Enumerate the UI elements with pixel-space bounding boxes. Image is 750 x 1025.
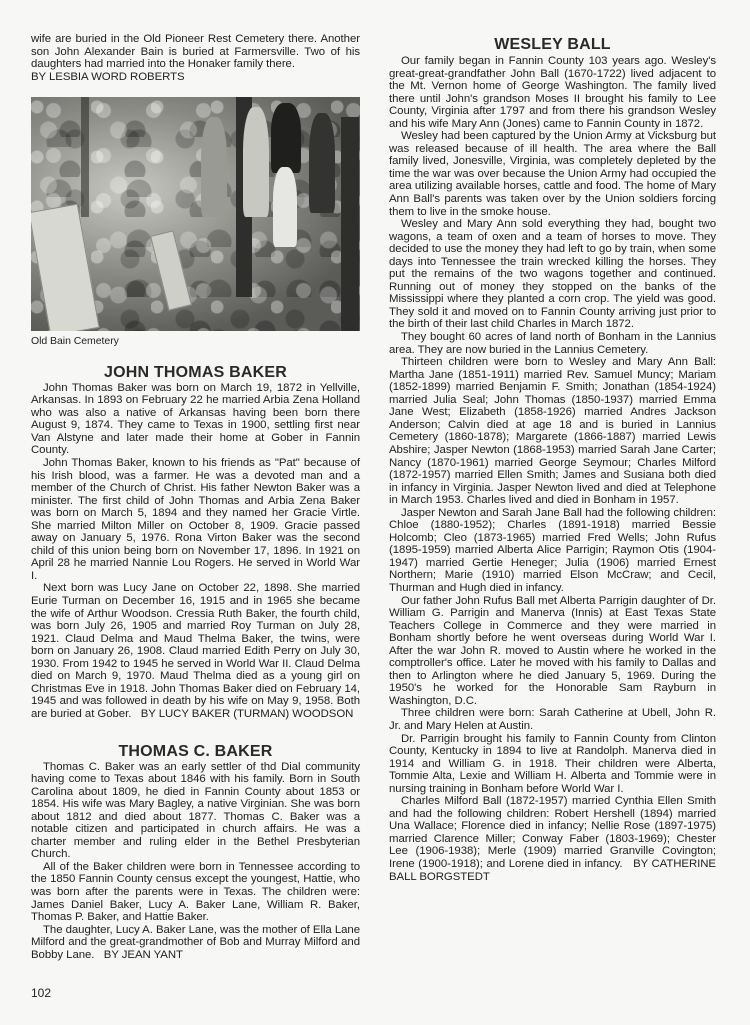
article-paragraph: John Thomas Baker, known to his friends …	[31, 457, 360, 582]
article-paragraph: Jasper Newton and Sarah Jane Ball had th…	[389, 507, 716, 595]
left-column: wife are buried in the Old Pioneer Rest …	[31, 33, 360, 961]
cemetery-photo	[31, 97, 360, 331]
article-paragraph: Wesley and Mary Ann sold everything they…	[389, 218, 716, 331]
article-paragraph: All of the Baker children were born in T…	[31, 861, 360, 924]
article-byline: BY JEAN YANT	[104, 949, 183, 961]
person-figure	[273, 167, 297, 247]
article-paragraph: Next born was Lucy Jane on October 22, 1…	[31, 582, 360, 720]
page-number: 102	[31, 986, 51, 1000]
article-paragraph: Our father John Rufus Ball met Alberta P…	[389, 595, 716, 708]
continuation-byline: BY LESBIA WORD ROBERTS	[31, 71, 185, 83]
article-thomas-c-baker: THOMAS C. BAKER Thomas C. Baker was an e…	[31, 743, 360, 962]
right-column: WESLEY BALL Our family began in Fannin C…	[389, 36, 716, 883]
person-figure	[271, 103, 301, 173]
article-paragraph: Our family began in Fannin County 103 ye…	[389, 55, 716, 130]
article-paragraph: Wesley had been captured by the Union Ar…	[389, 130, 716, 218]
article-title: JOHN THOMAS BAKER	[31, 364, 360, 382]
tree-trunk	[81, 97, 89, 217]
article-wesley-ball: WESLEY BALL Our family began in Fannin C…	[389, 36, 716, 883]
person-figure	[309, 113, 335, 213]
tree-trunk	[341, 117, 359, 331]
photo-caption: Old Bain Cemetery	[31, 335, 360, 348]
article-paragraph: They bought 60 acres of land north of Bo…	[389, 331, 716, 356]
article-john-thomas-baker: JOHN THOMAS BAKER John Thomas Baker was …	[31, 364, 360, 721]
person-figure	[243, 107, 269, 217]
article-paragraph: Thomas C. Baker was an early settler of …	[31, 761, 360, 861]
book-page: wife are buried in the Old Pioneer Rest …	[0, 0, 750, 1025]
article-title: THOMAS C. BAKER	[31, 743, 360, 761]
article-paragraph: Charles Milford Ball (1872-1957) married…	[389, 795, 716, 883]
article-title: WESLEY BALL	[389, 36, 716, 54]
article-byline: BY LUCY BAKER (TURMAN) WOODSON	[141, 708, 354, 720]
article-paragraph: Three children were born: Sarah Catherin…	[389, 707, 716, 732]
article-paragraph: John Thomas Baker was born on March 19, …	[31, 382, 360, 457]
person-figure	[201, 117, 227, 217]
continuation-paragraph: wife are buried in the Old Pioneer Rest …	[31, 33, 360, 83]
article-paragraph: The daughter, Lucy A. Baker Lane, was th…	[31, 924, 360, 962]
article-paragraph: Thirteen children were born to Wesley an…	[389, 356, 716, 507]
article-paragraph: Dr. Parrigin brought his family to Fanni…	[389, 733, 716, 796]
